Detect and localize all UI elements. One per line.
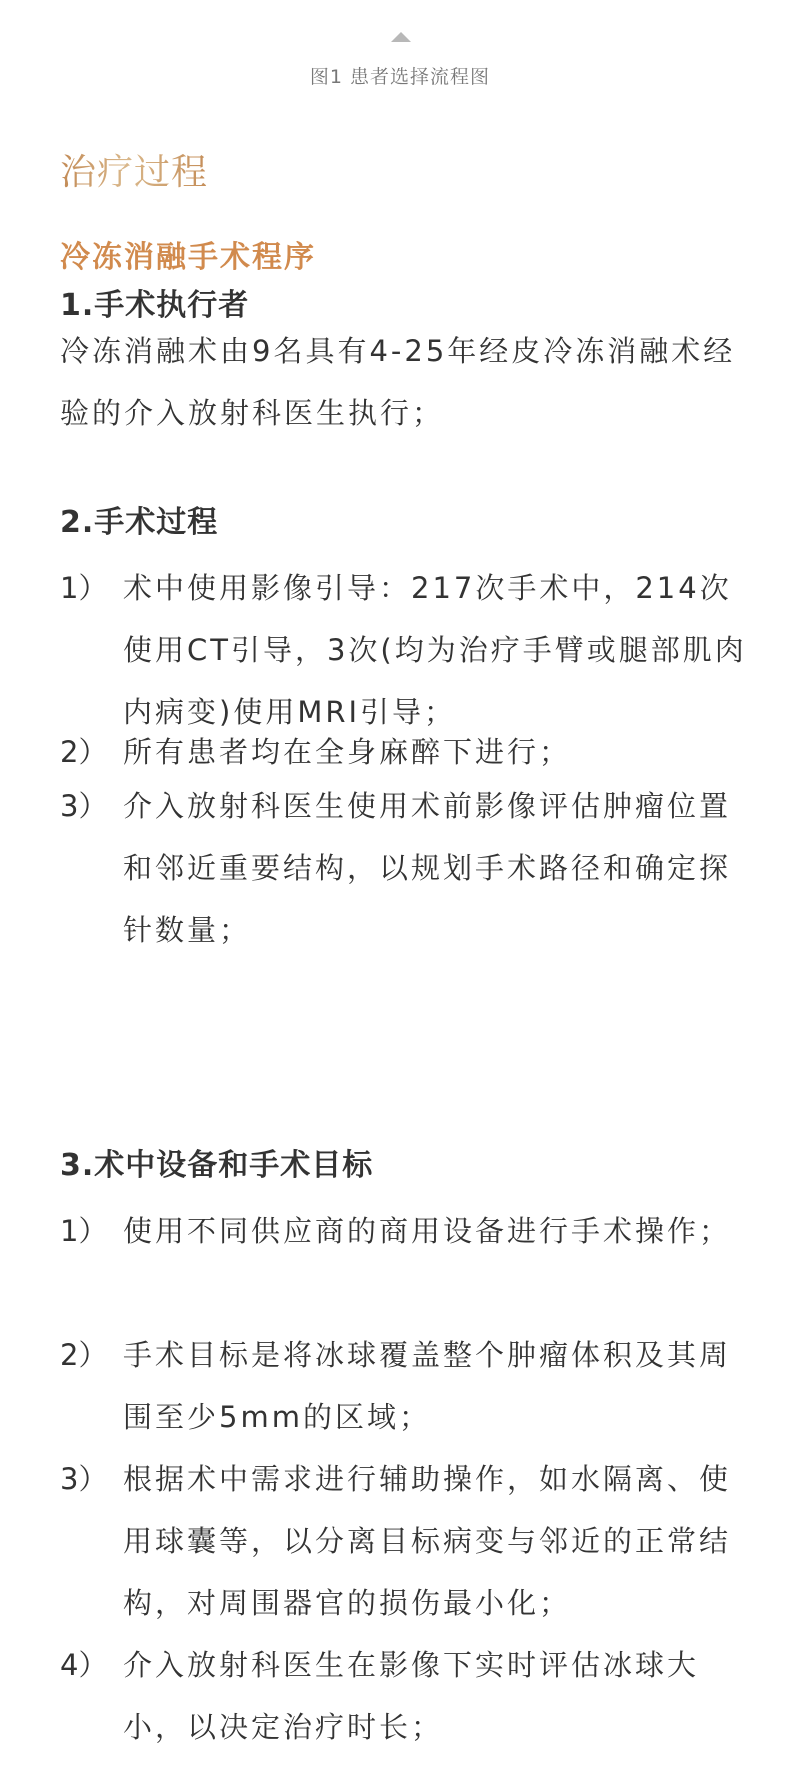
list-item: 1） 使用不同供应商的商用设备进行手术操作；: [60, 1200, 750, 1262]
list-item: 3） 介入放射科医生使用术前影像评估肿瘤位置和邻近重要结构，以规划手术路径和确定…: [60, 775, 750, 961]
heading-equipment-goals: 3.术中设备和手术目标: [60, 1140, 373, 1184]
list-number: 4）: [60, 1634, 122, 1696]
sub-title: 冷冻消融手术程序: [60, 232, 316, 276]
list-item: 1） 术中使用影像引导：217次手术中，214次使用CT引导，3次(均为治疗手臂…: [60, 557, 750, 743]
list-text: 手术目标是将冰球覆盖整个肿瘤体积及其周围至少5mm的区域；: [123, 1324, 750, 1448]
list-item: 4） 介入放射科医生在影像下实时评估冰球大小，以决定治疗时长；: [60, 1634, 750, 1758]
list-text: 所有患者均在全身麻醉下进行；: [123, 721, 750, 783]
list-number: 3）: [60, 1448, 122, 1510]
list-text: 介入放射科医生使用术前影像评估肿瘤位置和邻近重要结构，以规划手术路径和确定探针数…: [123, 775, 750, 961]
list-number: 2）: [60, 721, 122, 783]
heading-procedure: 2.手术过程: [60, 497, 218, 541]
list-number: 3）: [60, 775, 122, 837]
list-number: 2）: [60, 1324, 122, 1386]
list-number: 1）: [60, 1200, 122, 1262]
heading-performers: 1.手术执行者: [60, 280, 249, 324]
list-text: 根据术中需求进行辅助操作，如水隔离、使用球囊等，以分离目标病变与邻近的正常结构，…: [123, 1448, 750, 1634]
list-item: 2） 所有患者均在全身麻醉下进行；: [60, 721, 750, 783]
list-text: 介入放射科医生在影像下实时评估冰球大小，以决定治疗时长；: [123, 1634, 750, 1758]
section-title: 治疗过程: [60, 144, 208, 195]
list-item: 2） 手术目标是将冰球覆盖整个肿瘤体积及其周围至少5mm的区域；: [60, 1324, 750, 1448]
paragraph-performers: 冷冻消融术由9名具有4-25年经皮冷冻消融术经验的介入放射科医生执行；: [60, 320, 750, 444]
list-text: 术中使用影像引导：217次手术中，214次使用CT引导，3次(均为治疗手臂或腿部…: [123, 557, 750, 743]
list-number: 1）: [60, 557, 122, 619]
list-text: 使用不同供应商的商用设备进行手术操作；: [123, 1200, 750, 1262]
triangle-up-icon: [391, 32, 411, 42]
figure-caption: 图1 患者选择流程图: [0, 62, 800, 89]
list-item: 3） 根据术中需求进行辅助操作，如水隔离、使用球囊等，以分离目标病变与邻近的正常…: [60, 1448, 750, 1634]
